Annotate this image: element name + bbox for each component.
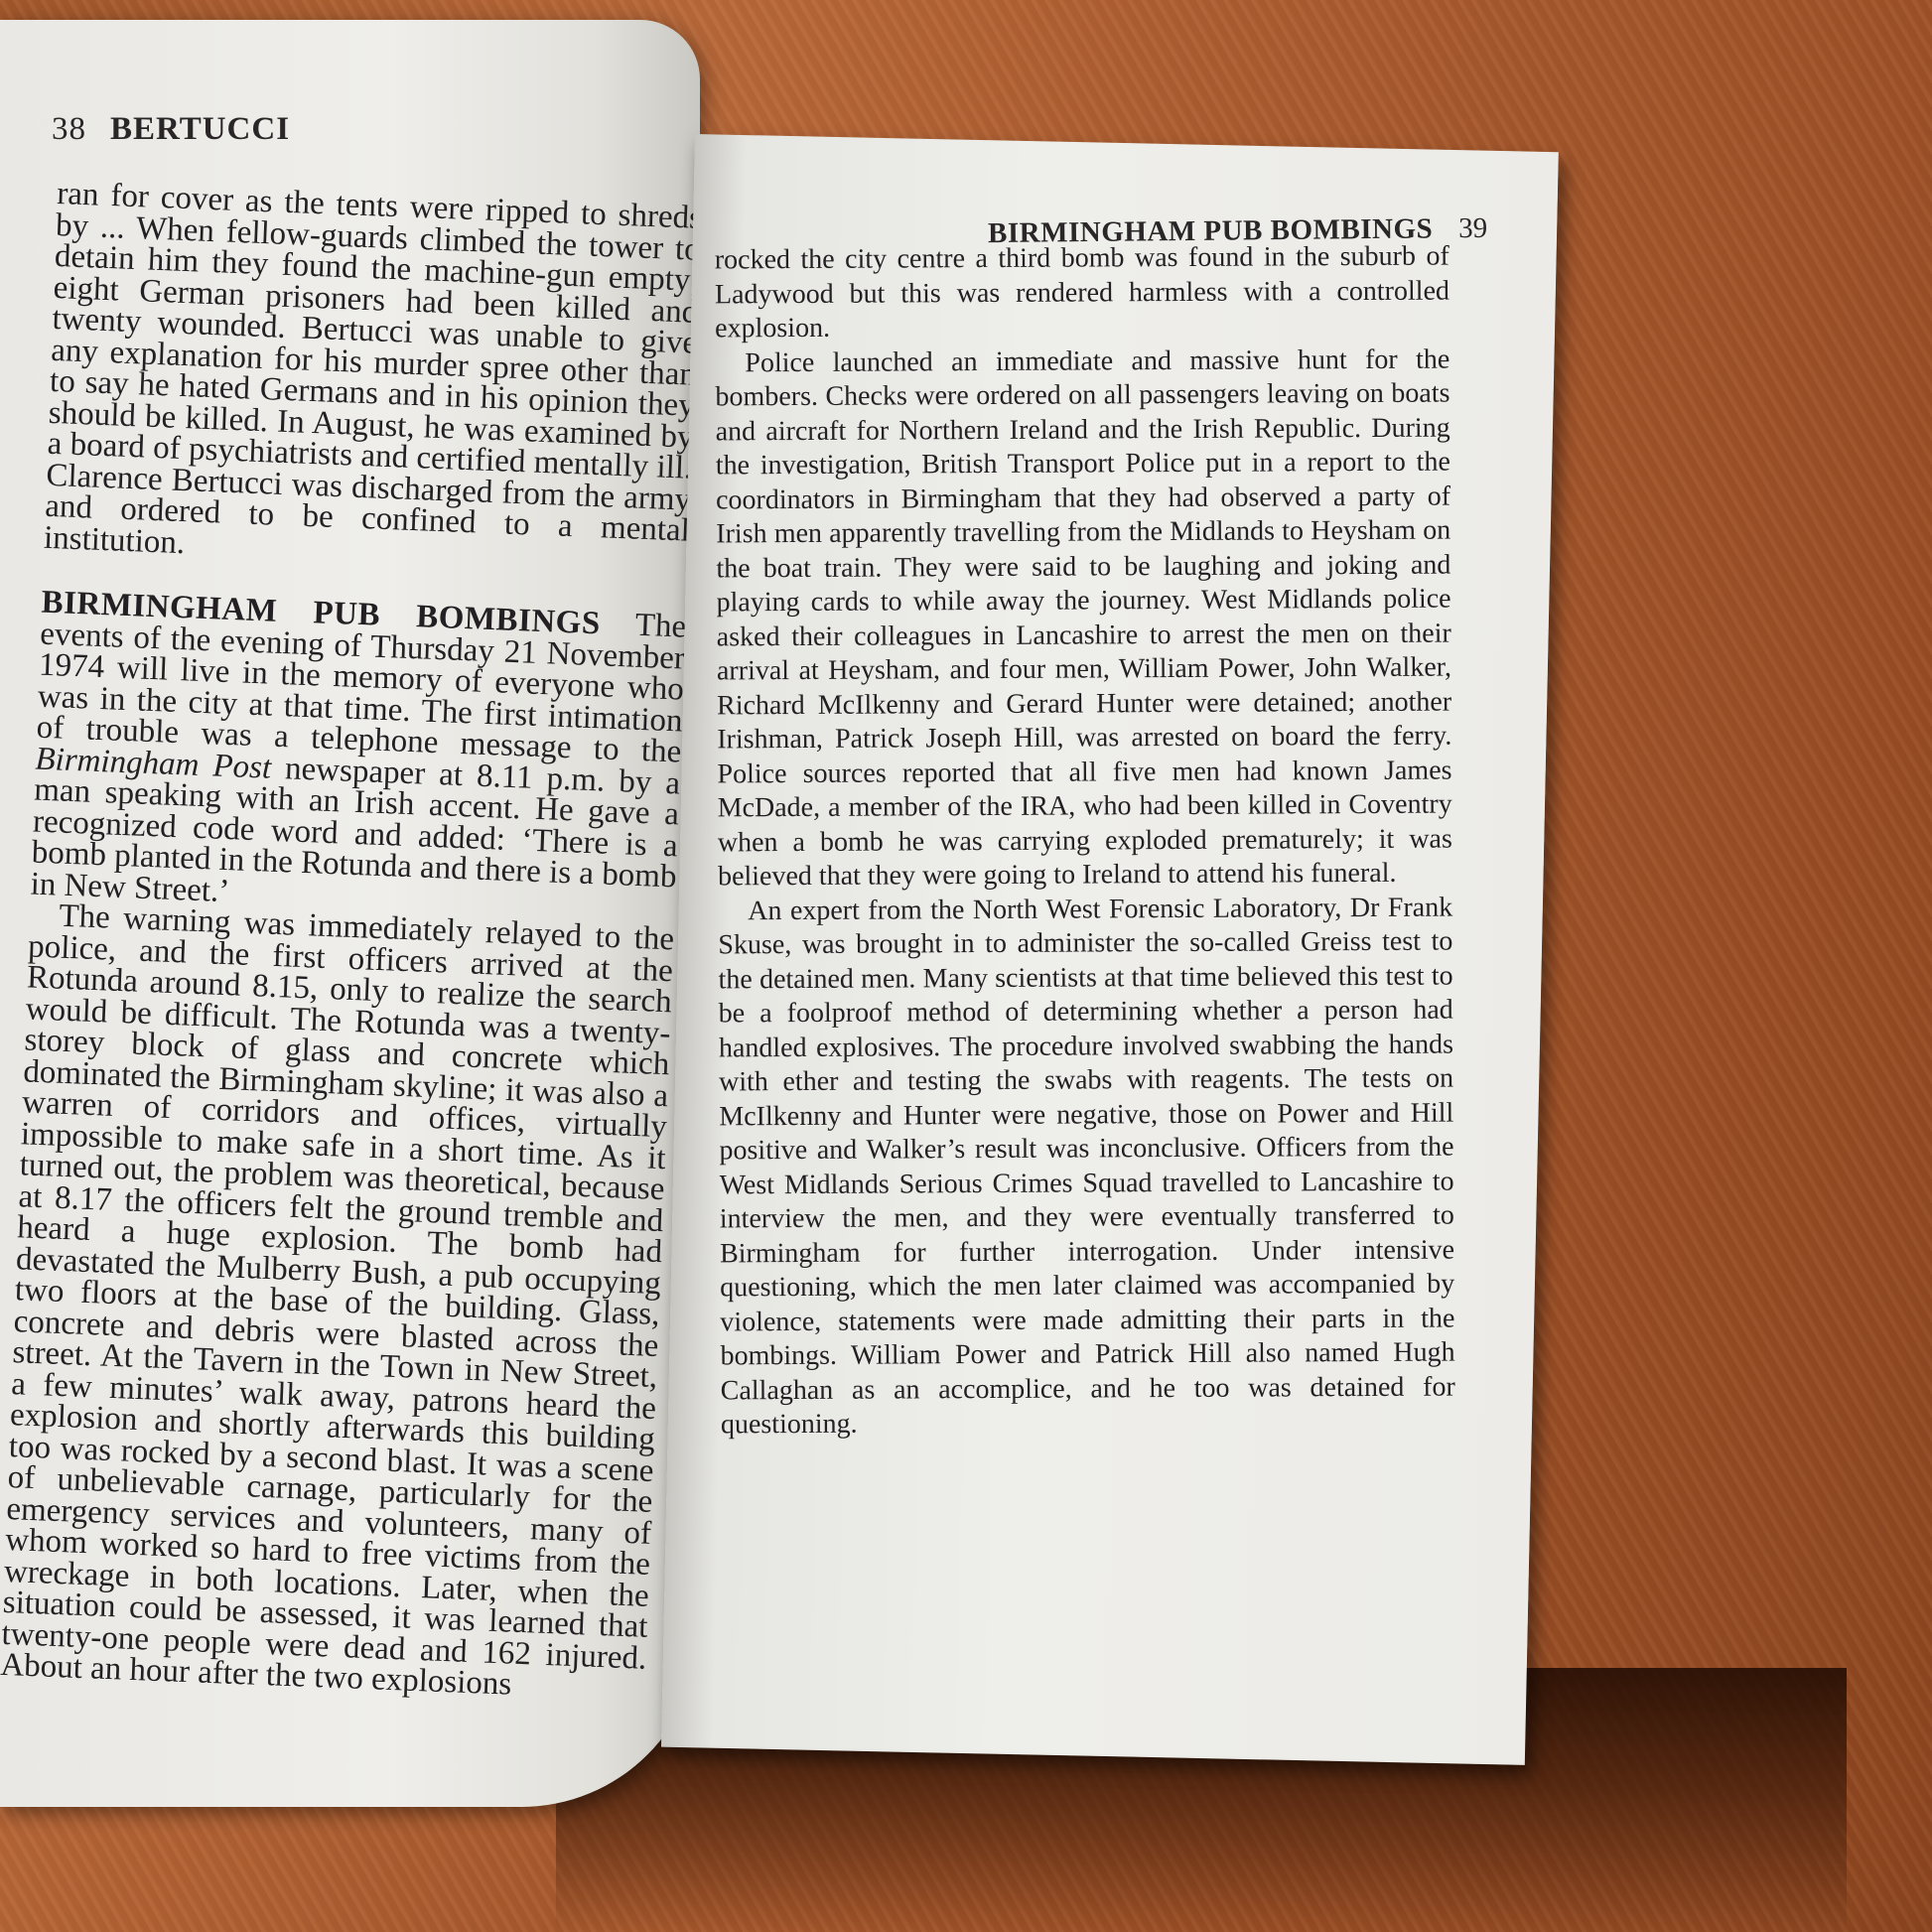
entry-paragraph-2: The warning was immediately relayed to t… bbox=[0, 899, 675, 1706]
left-running-head: 38BERTUCCI bbox=[52, 111, 290, 148]
paragraph-3: An expert from the North West Forensic L… bbox=[718, 891, 1455, 1443]
right-page-body: rocked the city centre a third bomb was … bbox=[715, 240, 1455, 1443]
running-head-title-left: BERTUCCI bbox=[110, 111, 290, 147]
left-page-body: ran for cover as the tents were ripped t… bbox=[0, 179, 703, 1706]
right-page: BIRMINGHAM PUB BOMBINGS39 rocked the cit… bbox=[661, 134, 1559, 1765]
continuation-paragraph: ran for cover as the tents were ripped t… bbox=[43, 179, 702, 579]
paragraph-1: rocked the city centre a third bomb was … bbox=[715, 240, 1450, 346]
left-page: 38BERTUCCI ran for cover as the tents we… bbox=[0, 20, 700, 1807]
page-number-left: 38 bbox=[52, 111, 86, 147]
paragraph-2: Police launched an immediate and massive… bbox=[715, 343, 1452, 895]
page-number-right: 39 bbox=[1458, 212, 1487, 244]
entry-paragraph-1: BIRMINGHAM PUB BOMBINGS The events of th… bbox=[30, 588, 687, 925]
